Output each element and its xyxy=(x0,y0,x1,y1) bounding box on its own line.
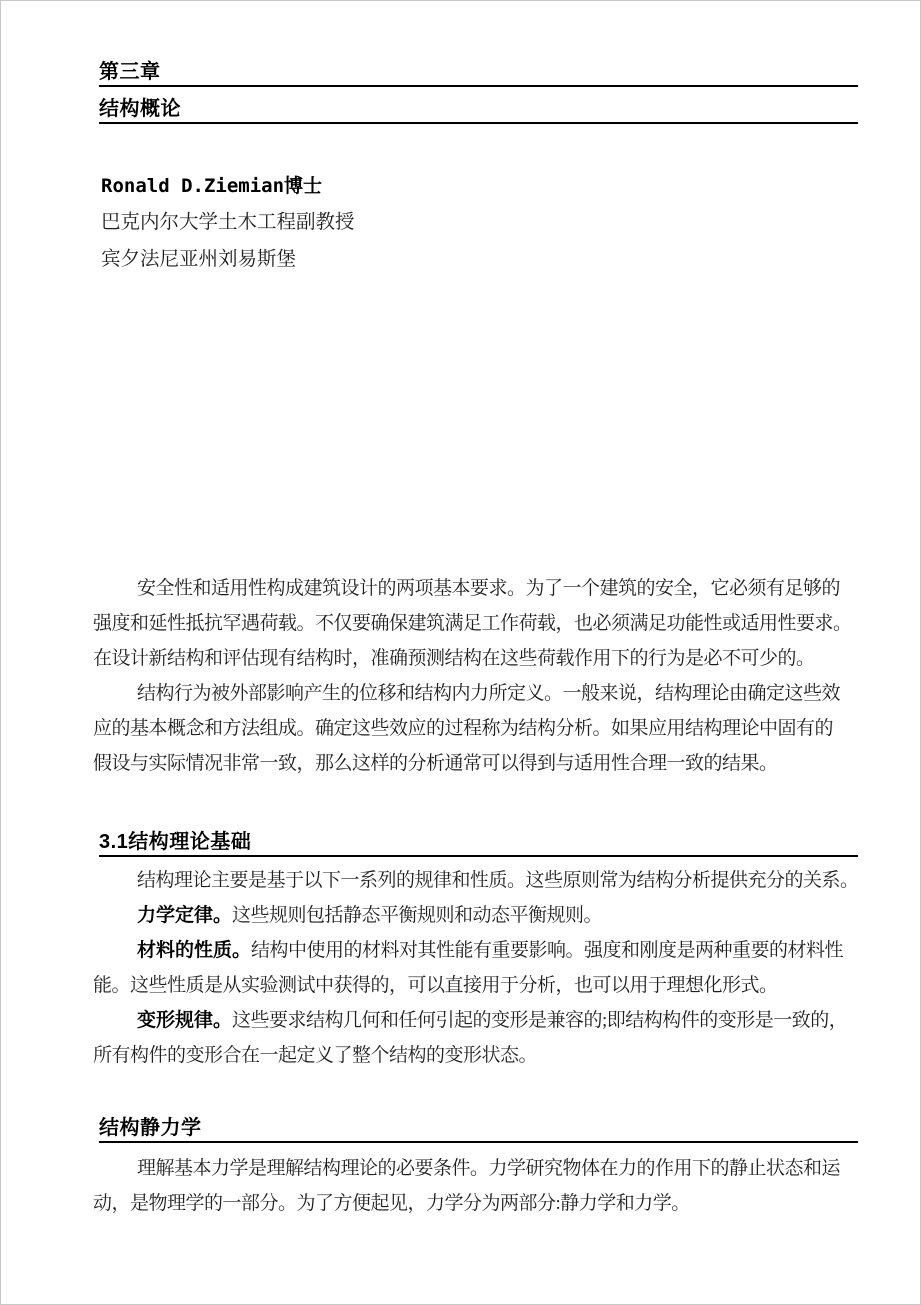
deformation-law-line-2: 所有构件的变形合在一起定义了整个结构的变形状态。 xyxy=(93,1038,863,1073)
document-page: 第三章 结构概论 Ronald D.Ziemian博士 巴克内尔大学土木工程副教… xyxy=(0,0,921,1305)
deformation-law-line-1: 变形规律。这些要求结构几何和任何引起的变形是兼容的;即结构构件的变形是一致的， xyxy=(93,1003,863,1038)
paragraph-line: 在设计新结构和评估现有结构时，准确预测结构在这些荷载作用下的行为是必不可少的。 xyxy=(93,641,863,676)
section-3-1-body: 结构理论主要是基于以下一系列的规律和性质。这些原则常为结构分析提供充分的关系。 … xyxy=(93,863,863,1073)
chapter-title-heading: 结构概论 xyxy=(99,98,858,124)
structural-statics-heading: 结构静力学 xyxy=(99,1117,858,1143)
deformation-law-text: 这些要求结构几何和任何引起的变形是兼容的;即结构构件的变形是一致的， xyxy=(232,1010,847,1031)
law-of-mechanics-line: 力学定律。这些规则包括静态平衡规则和动态平衡规则。 xyxy=(93,898,863,933)
author-name: Ronald D.Ziemian博士 xyxy=(101,174,322,198)
section-3-1-heading: 3.1结构理论基础 xyxy=(99,831,858,857)
material-properties-text: 结构中使用的材料对其性能有重要影响。强度和刚度是两种重要的材料性 xyxy=(251,940,843,961)
paragraph-line: 结构理论主要是基于以下一系列的规律和性质。这些原则常为结构分析提供充分的关系。 xyxy=(93,863,863,898)
statics-paragraph: 理解基本力学是理解结构理论的必要条件。力学研究物体在力的作用下的静止状态和运 动… xyxy=(93,1151,863,1221)
deformation-law-title: 变形规律。 xyxy=(137,1010,232,1031)
paragraph-line: 安全性和适用性构成建筑设计的两项基本要求。为了一个建筑的安全，它必须有足够的 xyxy=(93,571,863,606)
intro-paragraph-2: 结构行为被外部影响产生的位移和结构内力所定义。一般来说，结构理论由确定这些效 应… xyxy=(93,676,863,781)
material-properties-line-2: 能。这些性质是从实验测试中获得的，可以直接用于分析，也可以用于理想化形式。 xyxy=(93,968,863,1003)
law-of-mechanics-title: 力学定律。 xyxy=(137,905,232,926)
chapter-number-heading: 第三章 xyxy=(99,61,858,87)
paragraph-line: 应的基本概念和方法组成。确定这些效应的过程称为结构分析。如果应用结构理论中固有的 xyxy=(93,711,863,746)
paragraph-line: 动，是物理学的一部分。为了方便起见，力学分为两部分:静力学和力学。 xyxy=(93,1186,863,1221)
material-properties-line-1: 材料的性质。结构中使用的材料对其性能有重要影响。强度和刚度是两种重要的材料性 xyxy=(93,933,863,968)
paragraph-line: 结构行为被外部影响产生的位移和结构内力所定义。一般来说，结构理论由确定这些效 xyxy=(93,676,863,711)
law-of-mechanics-text: 这些规则包括静态平衡规则和动态平衡规则。 xyxy=(232,905,602,926)
paragraph-line: 假设与实际情况非常一致，那么这样的分析通常可以得到与适用性合理一致的结果。 xyxy=(93,746,863,781)
author-affiliation: 巴克内尔大学土木工程副教授 xyxy=(101,211,355,235)
paragraph-line: 理解基本力学是理解结构理论的必要条件。力学研究物体在力的作用下的静止状态和运 xyxy=(93,1151,863,1186)
author-location: 宾夕法尼亚州刘易斯堡 xyxy=(101,248,296,272)
intro-paragraph-1: 安全性和适用性构成建筑设计的两项基本要求。为了一个建筑的安全，它必须有足够的 强… xyxy=(93,571,863,676)
paragraph-line: 强度和延性抵抗罕遇荷载。不仅要确保建筑满足工作荷载，也必须满足功能性或适用性要求… xyxy=(93,606,863,641)
material-properties-title: 材料的性质。 xyxy=(137,940,251,961)
